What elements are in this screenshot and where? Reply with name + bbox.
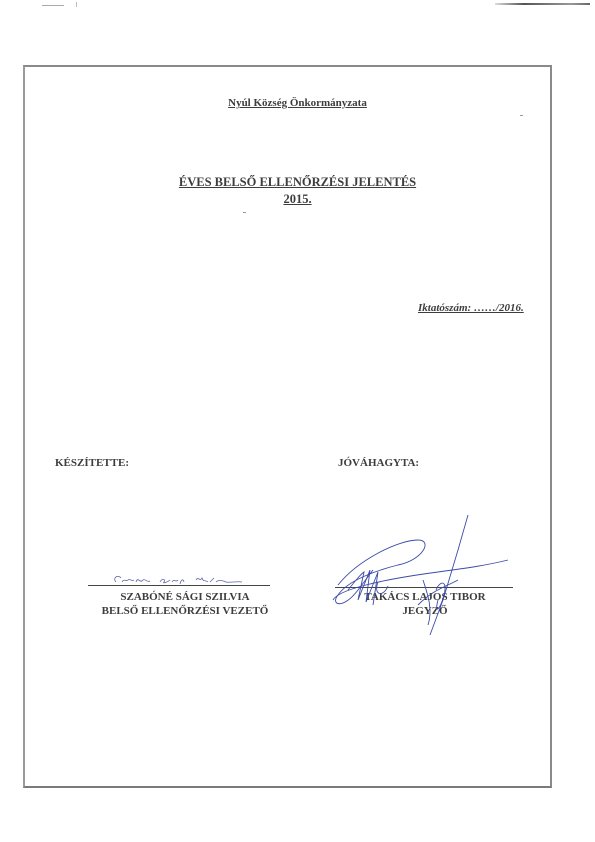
approved-by-label: JÓVÁHAGYTA: — [338, 457, 419, 469]
title-line-1: ÉVES BELSŐ ELLENŐRZÉSI JELENTÉS — [0, 174, 595, 191]
scan-speck — [520, 115, 523, 116]
scan-speck — [243, 212, 246, 213]
organization-name: Nyúl Község Önkormányzata — [0, 97, 595, 109]
preparer-block: SZABÓNÉ SÁGI SZILVIA BELSŐ ELLENŐRZÉSI V… — [80, 590, 290, 618]
preparer-role: BELSŐ ELLENŐRZÉSI VEZETŐ — [80, 604, 290, 618]
prepared-by-label: KÉSZÍTETTE: — [55, 457, 129, 469]
preparer-name: SZABÓNÉ SÁGI SZILVIA — [80, 590, 290, 604]
signature-line-left — [88, 585, 270, 586]
scan-artifact — [495, 3, 590, 5]
document-title: ÉVES BELSŐ ELLENŐRZÉSI JELENTÉS 2015. — [0, 174, 595, 208]
approver-signature — [318, 510, 528, 640]
scan-artifact — [76, 2, 77, 7]
title-line-2: 2015. — [0, 191, 595, 208]
scan-artifact — [42, 5, 64, 6]
filing-number: Iktatószám: ……/2016. — [418, 302, 524, 314]
